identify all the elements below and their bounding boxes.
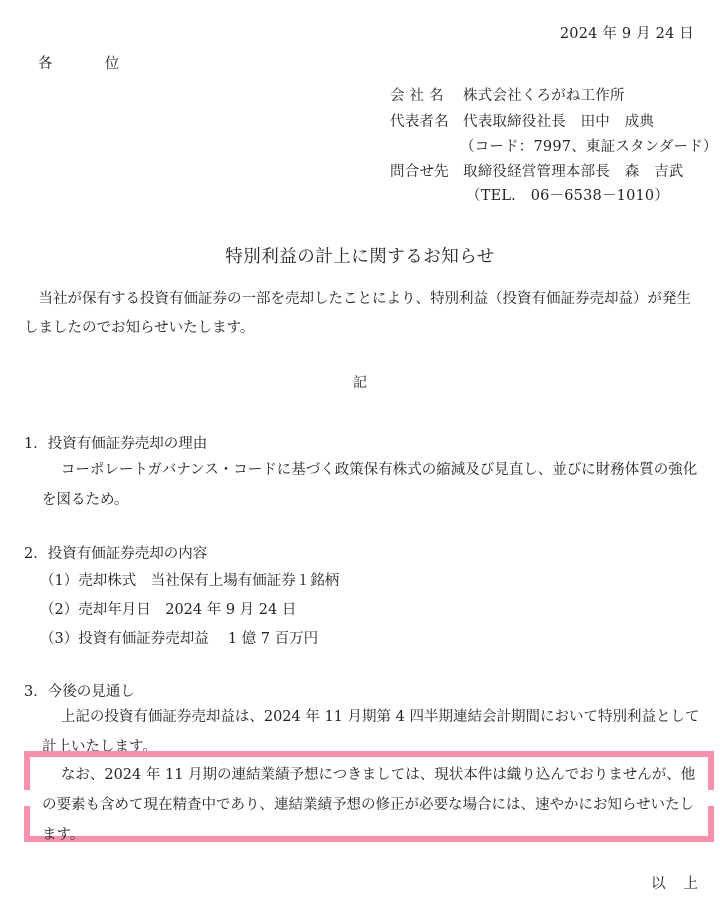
- representative-label: 代表者名: [390, 110, 449, 131]
- company-name-value: 株式会社くろがね工作所: [463, 84, 625, 105]
- intro-paragraph: 当社が保有する投資有価証券の一部を売却したことにより、特別利益（投資有価証券売却…: [24, 285, 704, 343]
- highlight-gap-right: [706, 790, 716, 806]
- section-2-heading: 2．投資有価証券売却の内容: [24, 542, 207, 563]
- section-1-body: コーポレートガバナンス・コードに基づく政策保有株式の縮減及び見直し、並びに財務体…: [42, 455, 702, 515]
- closing-mark: 以上: [651, 872, 698, 893]
- document-date: 2024 年 9 月 24 日: [560, 22, 694, 43]
- addressee-char-1: 各: [38, 52, 53, 73]
- contact-value: 取締役経営管理本部長 森 吉武: [463, 160, 684, 181]
- section-3-highlighted-body: なお、2024 年 11 月期の連結業績予想につきましては、現状本件は織り込んで…: [42, 760, 702, 850]
- stock-code-value: （コード：7997、東証スタンダード）: [460, 135, 718, 156]
- closing-char-1: 以: [651, 876, 666, 892]
- company-name-label: 会 社 名: [390, 84, 444, 105]
- closing-char-2: 上: [684, 876, 699, 892]
- contact-label: 問合せ先: [390, 160, 449, 181]
- page-title: 特別利益の計上に関するお知らせ: [0, 243, 720, 268]
- section-2-item-3: （3）投資有価証券売却益 1 億 7 百万円: [40, 627, 318, 648]
- ki-marker: 記: [0, 372, 720, 392]
- section-2-item-1: （1）売却株式 当社保有上場有価証券１銘柄: [40, 569, 339, 590]
- section-2-item-2: （2）売却年月日 2024 年 9 月 24 日: [40, 598, 296, 619]
- section-3-heading: 3．今後の見通し: [24, 680, 135, 701]
- addressee: 各位: [38, 52, 119, 73]
- addressee-char-2: 位: [105, 52, 120, 73]
- contact-phone: （TEL. 06－6538－1010）: [466, 184, 669, 205]
- highlight-gap-left: [22, 790, 32, 806]
- section-1-heading: 1．投資有価証券売却の理由: [24, 432, 207, 453]
- representative-value: 代表取締役社長 田中 成典: [463, 110, 654, 131]
